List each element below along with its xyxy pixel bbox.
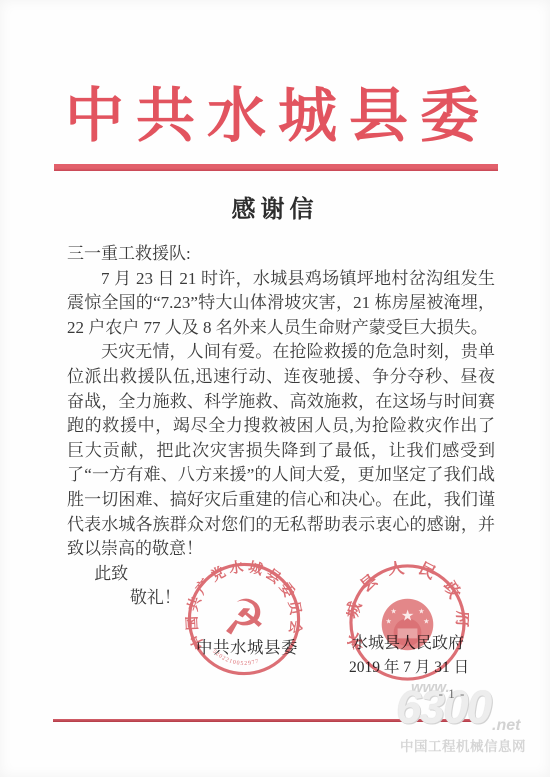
- svg-text:★: ★: [386, 617, 392, 625]
- watermark-net: .net: [492, 717, 520, 735]
- national-emblem-icon: ★ ★ ★ ★ ★: [382, 599, 434, 651]
- svg-text:★: ★: [418, 608, 424, 616]
- page-number: - 1 -: [426, 686, 478, 702]
- letterhead-rule: [54, 164, 498, 171]
- hammer-sickle-icon: ☭: [222, 589, 266, 647]
- svg-text:5202210052977: 5202210052977: [211, 649, 260, 667]
- svg-text:★: ★: [390, 608, 396, 616]
- salutation: 三一重工救援队:: [67, 242, 495, 267]
- svg-text:★: ★: [401, 609, 414, 625]
- scanned-letter-page: 中共水城县委 感谢信 三一重工救援队: 7 月 23 日 21 时许，水城县鸡场…: [0, 0, 550, 777]
- letter-title: 感谢信: [0, 189, 550, 224]
- party-committee-seal: 中国共产党水城县委员会 5202210052977 ☭: [185, 560, 303, 678]
- letter-body: 三一重工救援队: 7 月 23 日 21 时许，水城县鸡场镇坪地村岔沟组发生震惊…: [67, 242, 495, 611]
- paragraph: 7 月 23 日 21 时许，水城县鸡场镇坪地村岔沟组发生震惊全国的“7.23”…: [67, 267, 495, 341]
- letterhead-title: 中共水城县委: [0, 68, 550, 153]
- government-seal: 水城县人民政府 ★ ★ ★ ★ ★: [346, 561, 469, 684]
- seal-number: 5202210052977: [211, 649, 260, 667]
- svg-text:★: ★: [423, 617, 429, 625]
- paragraph: 天灾无情，人间有爱。在抢险救援的危急时刻，贵单位派出救援队伍,迅速行动、连夜驰援…: [67, 340, 495, 561]
- watermark-site-name: 中国工程机械信息网: [400, 735, 526, 755]
